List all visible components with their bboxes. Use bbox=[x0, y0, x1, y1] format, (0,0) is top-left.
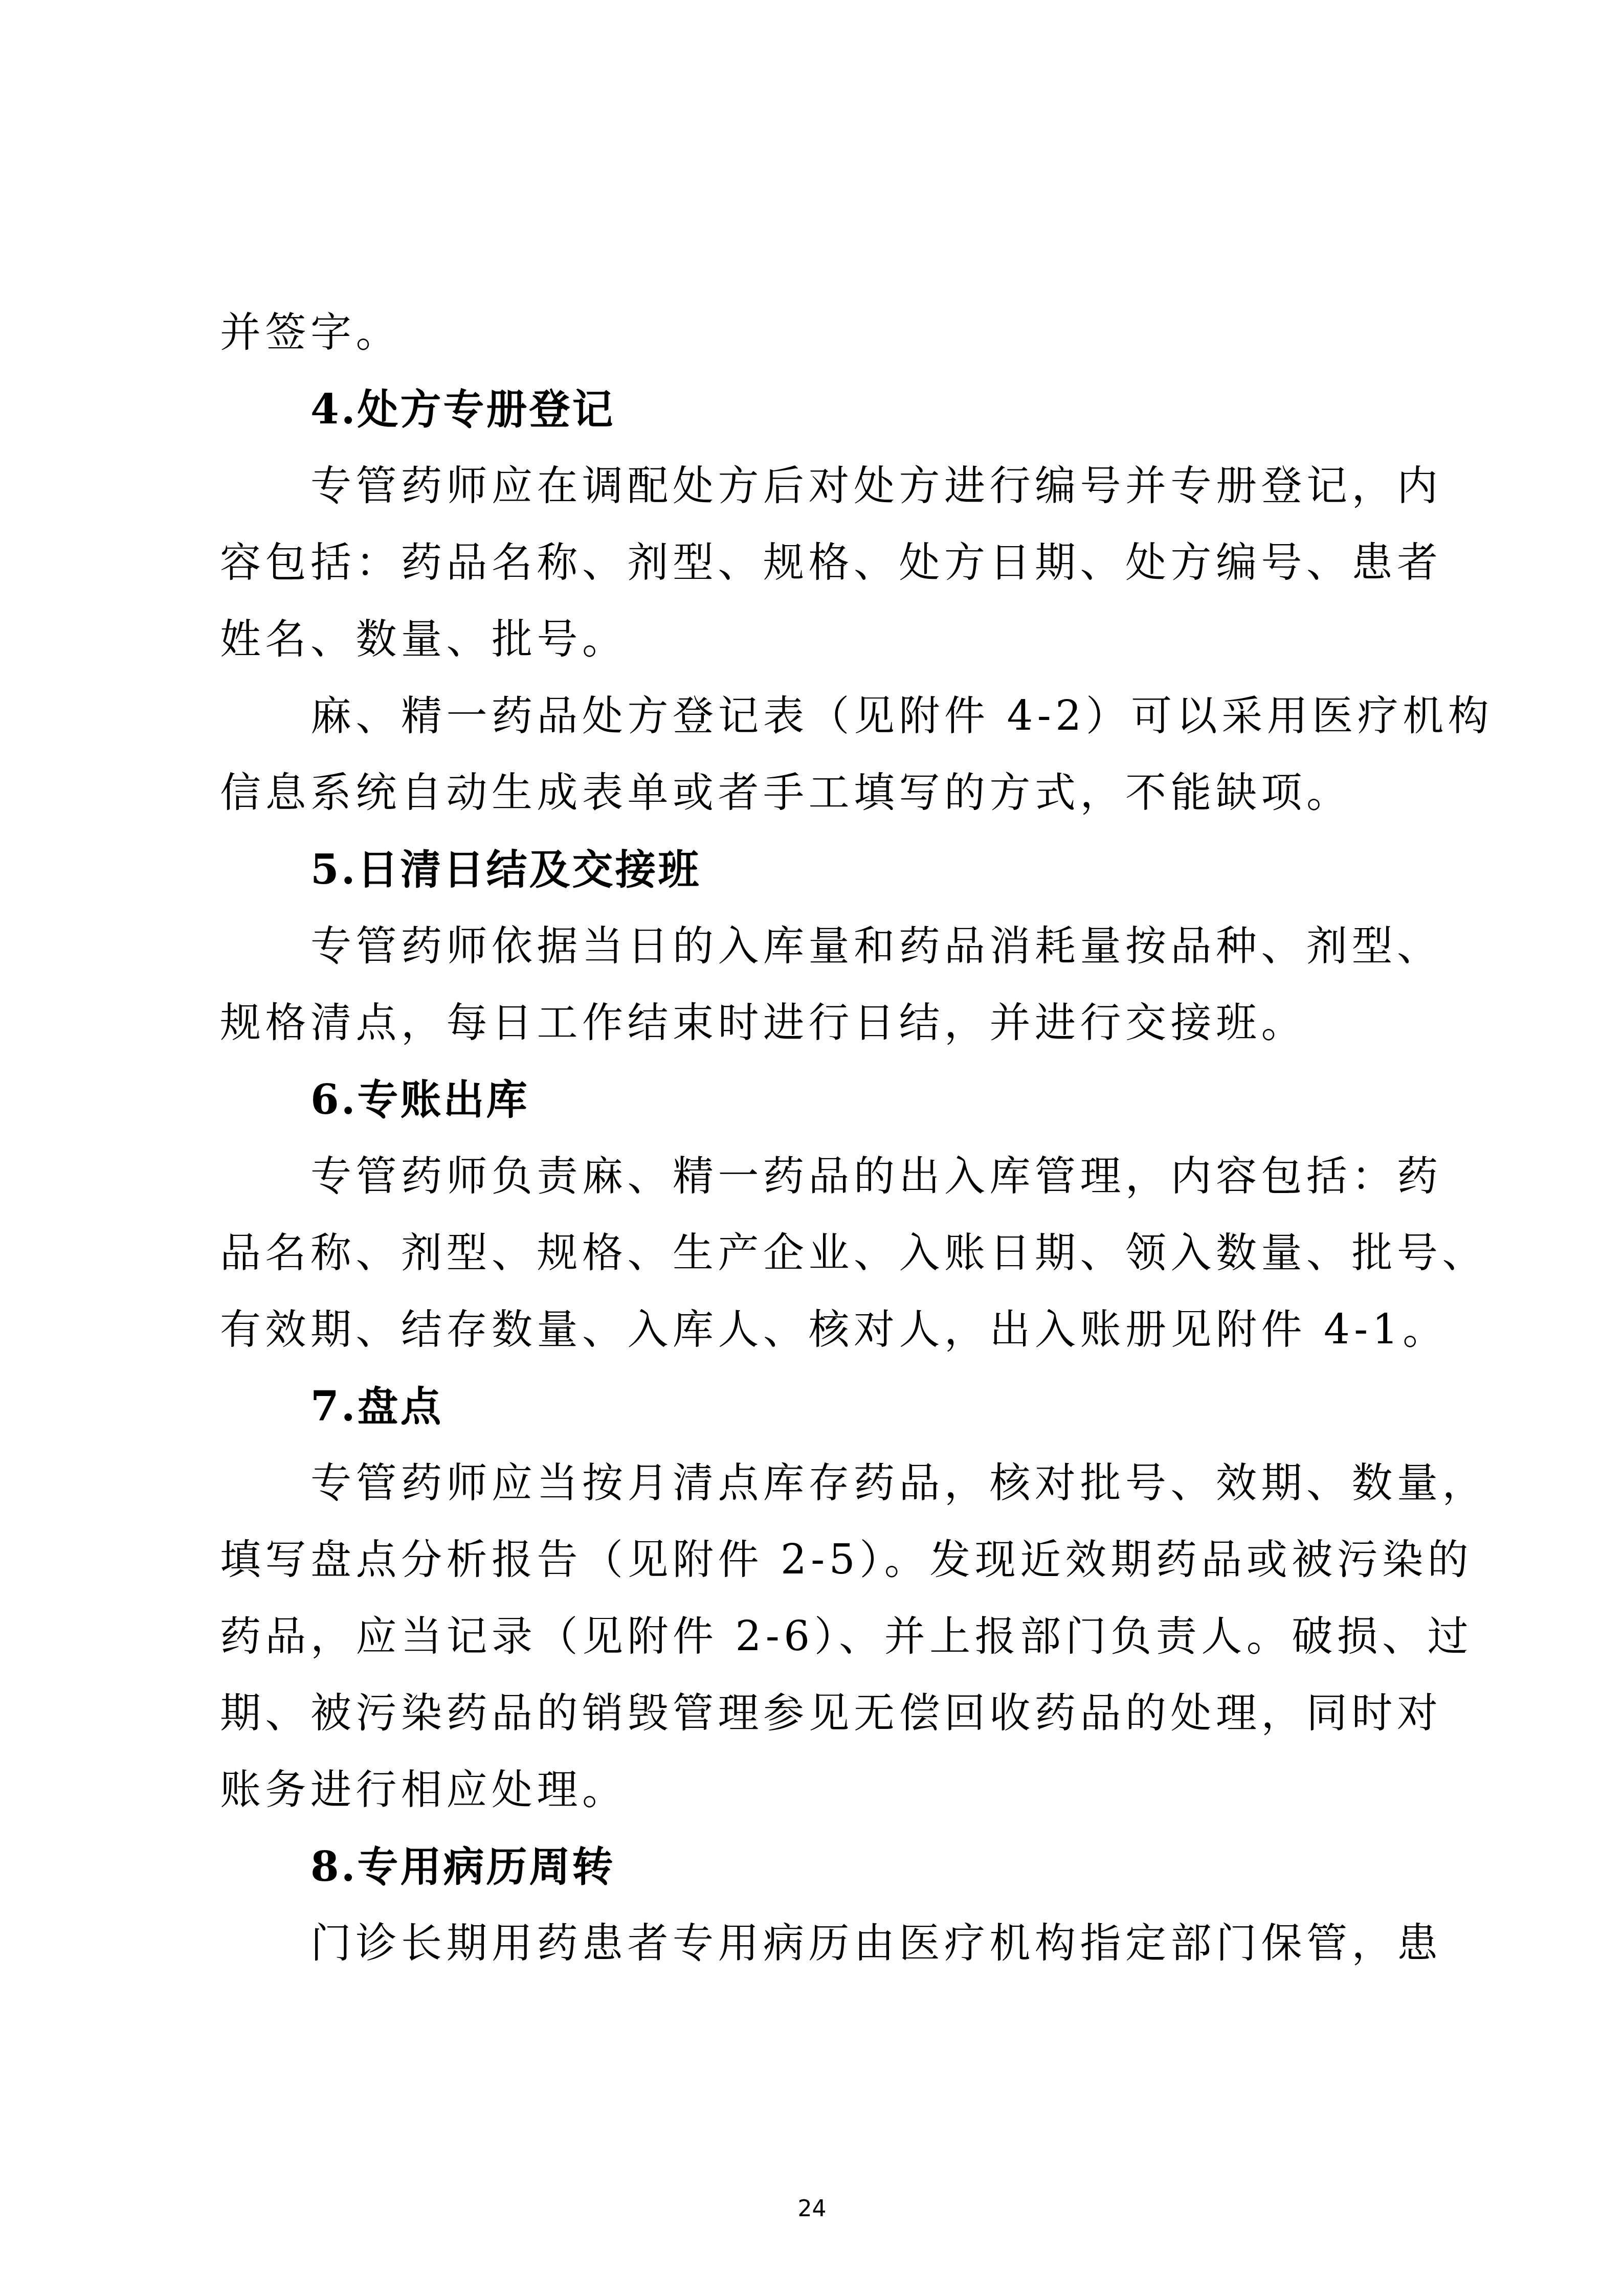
paragraph-line: 容包括：药品名称、剂型、规格、处方日期、处方编号、患者 bbox=[220, 524, 1412, 601]
paragraph-line: 专管药师应在调配处方后对处方进行编号并专册登记，内 bbox=[220, 447, 1412, 524]
paragraph-line: 有效期、结存数量、入库人、核对人，出入账册见附件 4-1。 bbox=[220, 1291, 1412, 1368]
paragraph-line: 期、被污染药品的销毁管理参见无偿回收药品的处理，同时对 bbox=[220, 1675, 1412, 1751]
paragraph-line: 姓名、数量、批号。 bbox=[220, 601, 1412, 678]
section-heading-4: 4.处方专册登记 bbox=[220, 371, 1412, 447]
paragraph-line: 信息系统自动生成表单或者手工填写的方式，不能缺项。 bbox=[220, 754, 1412, 831]
paragraph-line: 专管药师应当按月清点库存药品，核对批号、效期、数量， bbox=[220, 1445, 1412, 1521]
paragraph-line: 规格清点，每日工作结束时进行日结，并进行交接班。 bbox=[220, 984, 1412, 1061]
paragraph-line: 品名称、剂型、规格、生产企业、入账日期、领入数量、批号、 bbox=[220, 1214, 1412, 1291]
section-heading-5: 5.日清日结及交接班 bbox=[220, 831, 1412, 908]
section-heading-6: 6.专账出库 bbox=[220, 1061, 1412, 1138]
document-body: 并签字。 4.处方专册登记 专管药师应在调配处方后对处方进行编号并专册登记，内 … bbox=[220, 294, 1412, 1982]
page-number: 24 bbox=[0, 2194, 1624, 2224]
paragraph-line: 门诊长期用药患者专用病历由医疗机构指定部门保管，患 bbox=[220, 1905, 1412, 1982]
paragraph-line: 账务进行相应处理。 bbox=[220, 1751, 1412, 1828]
section-heading-7: 7.盘点 bbox=[220, 1368, 1412, 1445]
paragraph-line: 专管药师依据当日的入库量和药品消耗量按品种、剂型、 bbox=[220, 908, 1412, 984]
paragraph-line: 麻、精一药品处方登记表（见附件 4-2）可以采用医疗机构 bbox=[220, 678, 1412, 754]
paragraph-line: 填写盘点分析报告（见附件 2-5）。发现近效期药品或被污染的 bbox=[220, 1521, 1412, 1598]
paragraph-line: 药品，应当记录（见附件 2-6）、并上报部门负责人。破损、过 bbox=[220, 1598, 1412, 1675]
paragraph-continuation-line: 并签字。 bbox=[220, 294, 1412, 371]
paragraph-line: 专管药师负责麻、精一药品的出入库管理，内容包括：药 bbox=[220, 1138, 1412, 1214]
section-heading-8: 8.专用病历周转 bbox=[220, 1828, 1412, 1905]
